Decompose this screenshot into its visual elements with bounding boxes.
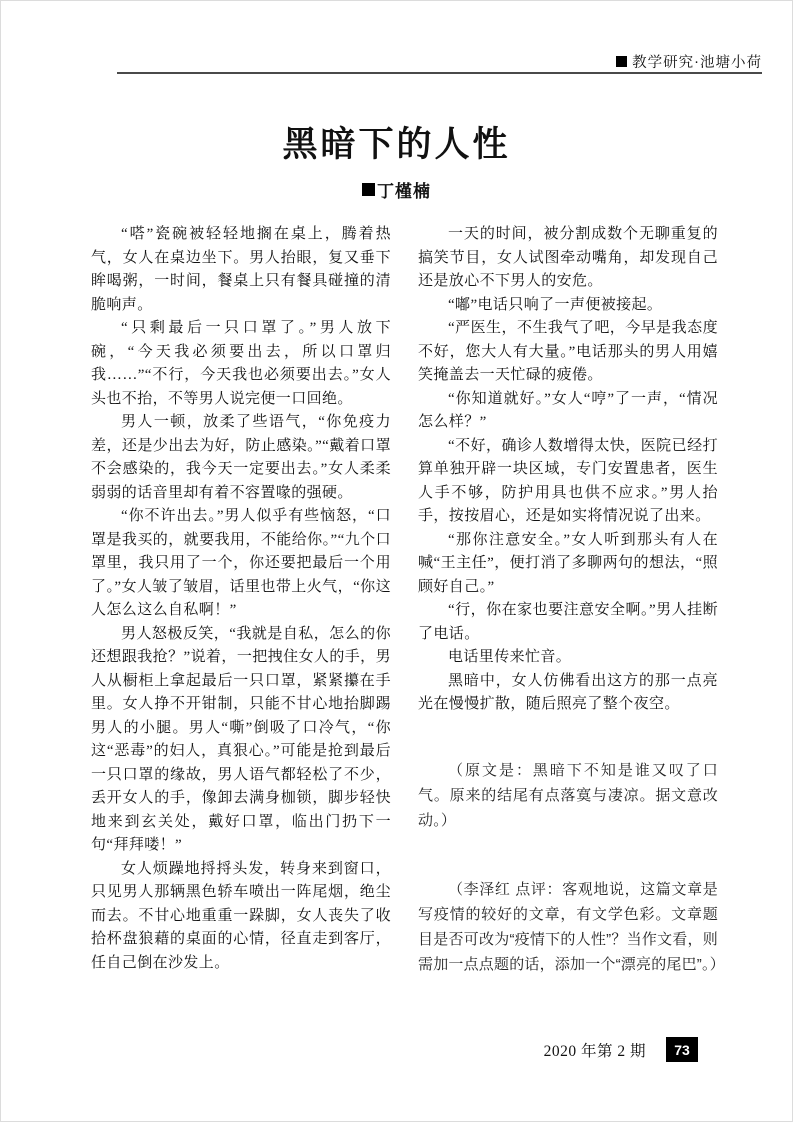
- paragraph: 电话里传来忙音。: [418, 646, 718, 670]
- paragraph: “行，你在家也要注意安全啊。”男人挂断了电话。: [418, 599, 718, 646]
- paragraph: “你不许出去。”男人似乎有些恼怒，“口罩是我买的，就要我用，不能给你。”“九个口…: [91, 505, 391, 623]
- paragraph: “你知道就好。”女人“哼”了一声，“情况怎么样？”: [418, 388, 718, 435]
- article-body: “嗒”瓷碗被轻轻地搁在桌上，腾着热气，女人在桌边坐下。男人抬眼，复又垂下眸喝粥，…: [91, 223, 718, 977]
- left-column: “嗒”瓷碗被轻轻地搁在桌上，腾着热气，女人在桌边坐下。男人抬眼，复又垂下眸喝粥，…: [91, 223, 391, 977]
- paragraph: “那你注意安全。”女人听到那头有人在喊“王主任”，便打消了多聊两句的想法，“照顾…: [418, 529, 718, 600]
- issue-label: 2020 年第 2 期: [544, 1039, 646, 1061]
- paragraph: “嘟”电话只响了一声便被接起。: [418, 294, 718, 318]
- right-column: 一天的时间，被分割成数个无聊重复的搞笑节目，女人试图牵动嘴角，却发现自己还是放心…: [418, 223, 718, 977]
- page-number-badge: 73: [666, 1037, 698, 1062]
- paragraph: 黑暗中，女人仿佛看出这方的那一点亮光在慢慢扩散，随后照亮了整个夜空。: [418, 670, 718, 717]
- paragraph: “嗒”瓷碗被轻轻地搁在桌上，腾着热气，女人在桌边坐下。男人抬眼，复又垂下眸喝粥，…: [91, 223, 391, 317]
- paragraph: “严医生，不生我气了吧，今早是我态度不好，您大人有大量。”电话那头的男人用嬉笑掩…: [418, 317, 718, 388]
- article-title: 黑暗下的人性: [1, 117, 792, 167]
- paragraph: 一天的时间，被分割成数个无聊重复的搞笑节目，女人试图牵动嘴角，却发现自己还是放心…: [418, 223, 718, 294]
- black-square-icon: [362, 183, 375, 196]
- black-square-icon: [616, 56, 627, 67]
- author-name: 丁槿楠: [377, 177, 431, 202]
- editor-note-review: （李泽红 点评：客观地说，这篇文章是写疫情的较好的文章，有文学色彩。文章题目是否…: [418, 877, 718, 977]
- paragraph: 男人一顿，放柔了些语气，“你免疫力差，还是少出去为好，防止感染。”“戴着口罩不会…: [91, 411, 391, 505]
- editor-note-original-ending: （原文是：黑暗下不知是谁又叹了口气。原来的结尾有点落寞与凄凉。据文意改动。）: [418, 758, 718, 833]
- page-footer: 2020 年第 2 期 73: [544, 1037, 698, 1062]
- paragraph: 男人怒极反笑，“我就是自私，怎么的你还想跟我抢？”说着，一把拽住女人的手，男人从…: [91, 623, 391, 858]
- journal-section-label: 教学研究·池塘小荷: [632, 51, 762, 72]
- paragraph: 女人烦躁地捋捋头发，转身来到窗口，只见男人那辆黑色轿车喷出一阵尾烟，绝尘而去。不…: [91, 858, 391, 976]
- journal-section-header: 教学研究·池塘小荷: [616, 51, 762, 72]
- header-divider-line: [117, 72, 762, 74]
- magazine-page: 教学研究·池塘小荷 黑暗下的人性 丁槿楠 “嗒”瓷碗被轻轻地搁在桌上，腾着热气，…: [0, 0, 793, 1122]
- article-author: 丁槿楠: [1, 177, 792, 202]
- paragraph: “不好，确诊人数增得太快，医院已经打算单独开辟一块区域，专门安置患者，医生人手不…: [418, 435, 718, 529]
- paragraph: “只剩最后一只口罩了。”男人放下碗，“今天我必须要出去，所以口罩归我……”“不行…: [91, 317, 391, 411]
